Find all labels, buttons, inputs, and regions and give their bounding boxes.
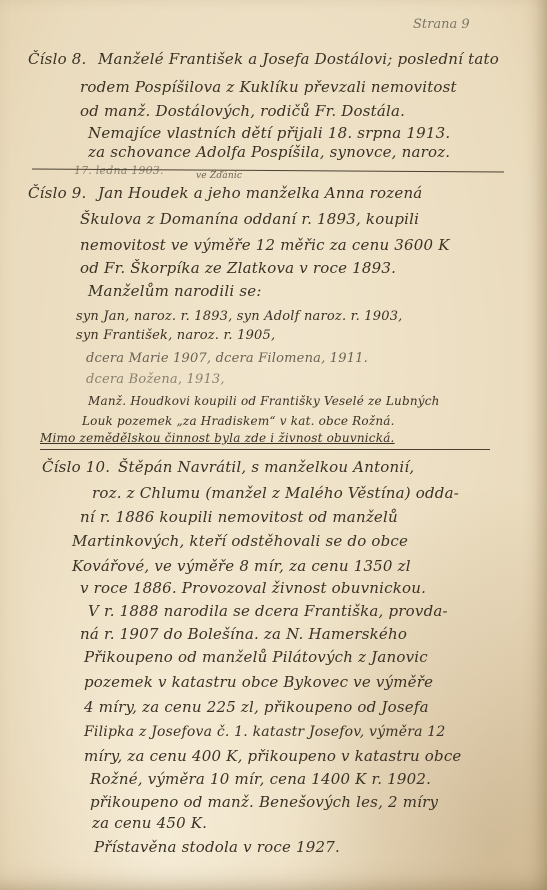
entry-10-line-17: Přístavěna stodola v roce 1927. <box>94 840 340 855</box>
entry-9-number: Číslo 9. <box>28 186 86 201</box>
document-page: Strana 9 Číslo 8. Manželé František a Jo… <box>0 0 547 890</box>
entry-9-line-1: Jan Houdek a jeho manželka Anna rozená <box>98 186 422 201</box>
page-number: Strana 9 <box>413 17 470 32</box>
entry-10-line-16: za cenu 450 K. <box>92 816 207 831</box>
entry-10-line-7: V r. 1888 narodila se dcera Františka, p… <box>88 604 448 619</box>
entry-9-line-9: dcera Božena, 1913, <box>86 373 225 386</box>
entry-8-line-1: Manželé František a Josefa Dostálovi; po… <box>98 52 499 67</box>
entry-9-line-11: Louk pozemek „za Hradiskem“ v kat. obce … <box>82 415 395 427</box>
entry-9-line-8: dcera Marie 1907, dcera Filomena, 1911. <box>86 352 368 365</box>
entry-10-line-6: v roce 1886. Provozoval živnost obuvnick… <box>80 581 426 596</box>
entry-10-line-3: ní r. 1886 koupili nemovitost od manželů <box>80 510 398 525</box>
entry-10-number: Číslo 10. <box>42 460 110 475</box>
entry-9-line-7: syn František, naroz. r. 1905, <box>76 329 275 342</box>
entry-9-line-12: Mimo zemědělskou činnost byla zde i živn… <box>40 432 395 444</box>
entry-8-line-6: 17. ledna 1903. <box>74 165 164 176</box>
entry-10-line-11: 4 míry, za cenu 225 zl, přikoupeno od Jo… <box>84 700 429 715</box>
entry-10-line-5: Kovářové, ve výměře 8 mír, za cenu 1350 … <box>72 559 411 574</box>
entry-10-line-13: míry, za cenu 400 K, přikoupeno v katast… <box>84 749 462 764</box>
entry-10-line-14: Rožné, výměra 10 mír, cena 1400 K r. 190… <box>90 772 431 787</box>
entry-10-line-10: pozemek v katastru obce Bykovec ve výměř… <box>84 675 433 690</box>
entry-10-line-12: Filipka z Josefova č. 1. katastr Josefov… <box>84 725 446 739</box>
entry-10-line-8: ná r. 1907 do Bolešína. za N. Hamerského <box>80 627 407 642</box>
entry-9-insertion: ve Žďánic <box>196 172 242 181</box>
entry-9-line-4: od Fr. Škorpíka ze Zlatkova v roce 1893. <box>80 261 396 276</box>
entry-8-line-5: za schovance Adolfa Pospíšila, synovce, … <box>88 145 450 160</box>
entry-9-line-10: Manž. Houdkovi koupili od Františky Vese… <box>88 395 440 407</box>
entry-10-line-1: Štěpán Navrátil, s manželkou Antonií, <box>118 460 414 475</box>
entry-9-line-6: syn Jan, naroz. r. 1893, syn Adolf naroz… <box>76 310 403 323</box>
entry-10-line-4: Martinkových, kteří odstěhovali se do ob… <box>72 534 408 549</box>
entry-10-line-2: roz. z Chlumu (manžel z Malého Věstína) … <box>92 486 459 501</box>
entry-9-line-2: Škulova z Domanína oddaní r. 1893, koupi… <box>80 212 419 227</box>
entry-8-line-4: Nemajíce vlastních dětí přijali 18. srpn… <box>88 126 450 141</box>
entry-9-line-5: Manželům narodili se: <box>88 284 262 299</box>
entry-divider <box>40 449 490 450</box>
entry-10-line-9: Přikoupeno od manželů Pilátových z Janov… <box>84 650 428 665</box>
entry-10-line-15: přikoupeno od manž. Benešových les, 2 mí… <box>90 795 438 810</box>
entry-8-number: Číslo 8. <box>28 52 86 67</box>
entry-8-line-3: od manž. Dostálových, rodičů Fr. Dostála… <box>80 104 405 119</box>
entry-8-line-2: rodem Pospíšilova z Kuklíku převzali nem… <box>80 80 457 95</box>
entry-9-line-3: nemovitost ve výměře 12 měřic za cenu 36… <box>80 238 450 253</box>
